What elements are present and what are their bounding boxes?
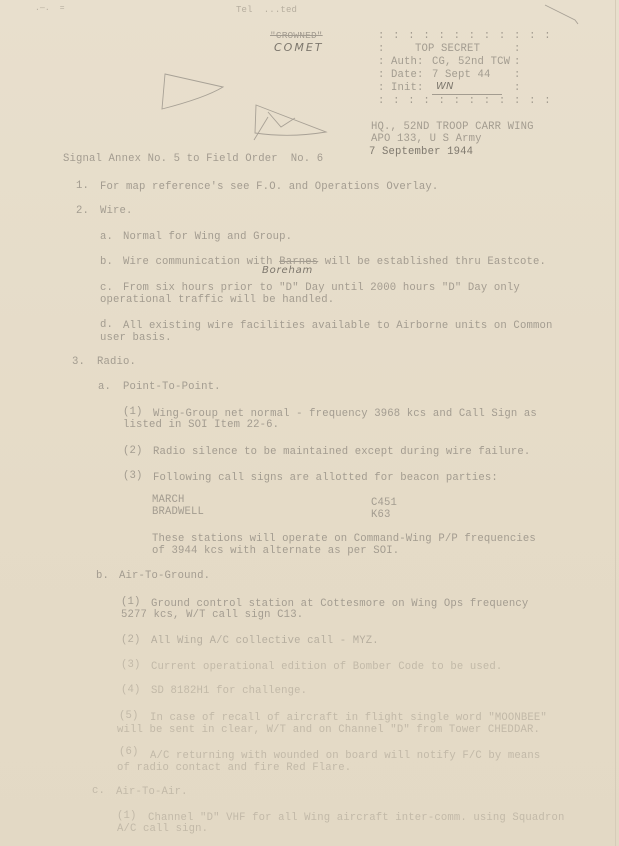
call-sign-value: C451 (371, 497, 397, 509)
ata-1-line1: Channel "D" VHF for all Wing aircraft in… (148, 812, 564, 824)
page-edge (615, 0, 616, 846)
hq-line1: HQ., 52ND TROOP CARR WING (371, 121, 534, 133)
wire-a-text: Normal for Wing and Group. (123, 231, 292, 243)
radio-c-label: c. (92, 785, 105, 797)
section-3-title: Radio. (97, 356, 136, 368)
atg-1-num: (1) (121, 596, 141, 608)
wire-c-label: c. (100, 282, 113, 294)
section-3-number: 3. (72, 356, 85, 368)
wire-b-text-start: Wire communication with (123, 256, 279, 268)
section-2-title: Wire. (100, 205, 133, 217)
atg-6-num: (6) (119, 746, 139, 758)
ptp-1-line2: listed in SOI Item 22-6. (123, 419, 279, 431)
hq-line2: APO 133, U S Army (371, 133, 482, 145)
radio-a-label: a. (98, 381, 111, 393)
section-1-text: For map reference's see F.O. and Operati… (100, 181, 438, 193)
ata-1-num: (1) (117, 810, 137, 822)
ptp-2-text: Radio silence to be maintained except du… (153, 446, 530, 458)
beacon-note-line1: These stations will operate on Command-W… (152, 533, 536, 545)
wire-d-label: d. (100, 319, 113, 331)
wire-a-label: a. (100, 231, 113, 243)
document-title: Signal Annex No. 5 to Field Order No. 6 (63, 153, 323, 165)
atg-2-text: All Wing A/C collective call - MYZ. (151, 635, 379, 647)
atg-3-text: Current operational edition of Bomber Co… (151, 661, 502, 673)
wire-c-line2: operational traffic will be handled. (100, 294, 334, 306)
wire-d-line2: user basis. (100, 332, 172, 344)
atg-3-num: (3) (121, 659, 141, 671)
wire-b-handwritten-correction: Boreham (262, 265, 313, 277)
radio-b-label: b. (96, 570, 109, 582)
section-2-number: 2. (76, 205, 89, 217)
atg-5-line2: will be sent in clear, W/T and on Channe… (117, 724, 540, 736)
wire-b-text-end: will be established thru Eastcote. (318, 256, 546, 268)
section-1-number: 1. (76, 180, 89, 192)
wire-b-label: b. (100, 256, 113, 268)
call-sign-station: MARCH (152, 494, 185, 506)
document-page: Tel ...ted .—. = "CROWNED" COMET : : : :… (0, 0, 619, 846)
ptp-3-text: Following call signs are allotted for be… (153, 472, 498, 484)
radio-a-title: Point-To-Point. (123, 381, 221, 393)
ptp-3-num: (3) (123, 470, 143, 482)
ptp-1-num: (1) (123, 406, 143, 418)
radio-b-title: Air-To-Ground. (119, 570, 210, 582)
wire-c-line1: From six hours prior to "D" Day until 20… (123, 282, 520, 294)
ata-1-line2: A/C call sign. (117, 823, 208, 835)
call-sign-value: K63 (371, 509, 391, 521)
wire-b-text: Wire communication with Barnes will be e… (123, 256, 546, 268)
atg-5-line1: In case of recall of aircraft in flight … (150, 712, 547, 724)
hq-date: 7 September 1944 (369, 146, 473, 158)
wire-d-line1: All existing wire facilities available t… (123, 320, 552, 332)
atg-4-num: (4) (121, 684, 141, 696)
atg-5-num: (5) (119, 710, 139, 722)
beacon-note-line2: of 3944 kcs with alternate as per SOI. (152, 545, 399, 557)
call-sign-station: BRADWELL (152, 506, 204, 518)
atg-4-text: SD 8182H1 for challenge. (151, 685, 307, 697)
atg-2-num: (2) (121, 634, 141, 646)
radio-c-title: Air-To-Air. (116, 786, 188, 798)
atg-6-line1: A/C returning with wounded on board will… (150, 750, 540, 762)
atg-6-line2: of radio contact and fire Red Flare. (117, 762, 351, 774)
ptp-2-num: (2) (123, 445, 143, 457)
atg-1-line2: 5277 kcs, W/T call sign C13. (121, 609, 303, 621)
